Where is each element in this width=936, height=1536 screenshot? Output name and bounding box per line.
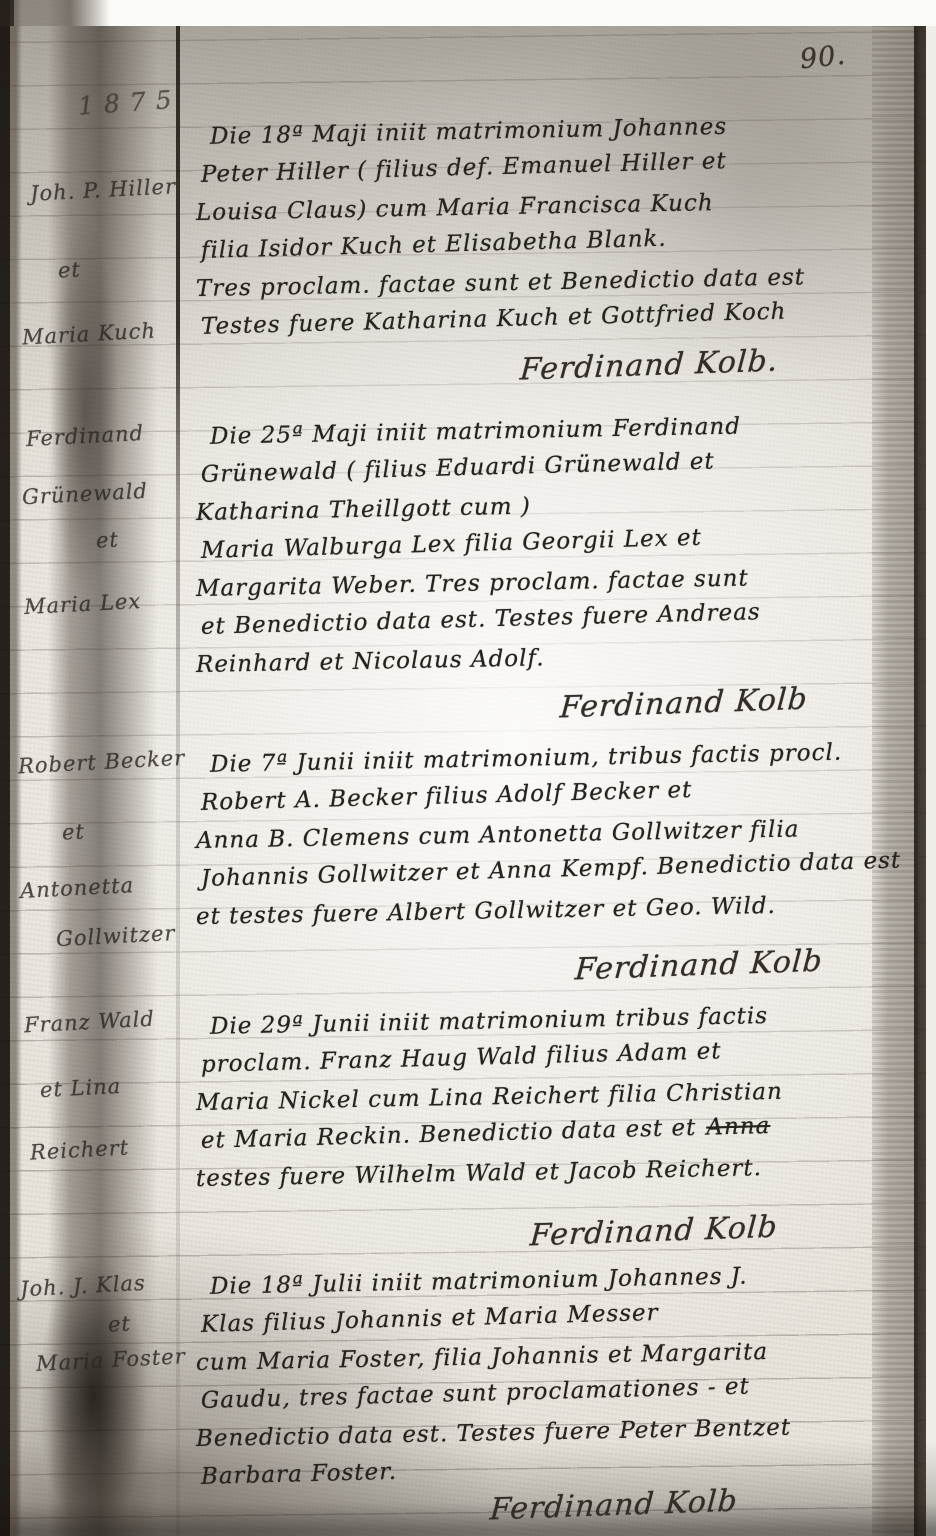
year-label: 1875 <box>77 84 182 120</box>
priest-signature: Ferdinand Kolb <box>489 1484 739 1528</box>
register-entry: Die 7ª Junii iniit matrimonium, tribus f… <box>196 746 896 936</box>
margin-et: et <box>61 819 85 844</box>
margin-et: et <box>107 1311 131 1336</box>
margin-name-groom: Ferdinand <box>25 421 144 451</box>
margin-name-bride: Antonetta <box>19 873 134 903</box>
margin-name-bride: Maria Lex <box>23 589 141 619</box>
margin-name-groom: Franz Wald <box>23 1007 155 1038</box>
margin-name-groom: Joh. J. Klas <box>19 1271 146 1302</box>
register-entry: Die 18ª Julii iniit matrimonium Johannes… <box>196 1268 896 1496</box>
margin-name-bride: Gollwitzer <box>55 921 176 951</box>
margin-name-bride: Maria Foster <box>35 1344 186 1376</box>
margin-name-groom: Joh. P. Hiller <box>29 174 176 206</box>
register-entry: Die 25ª Maji iniit matrimonium Ferdinand… <box>196 418 896 684</box>
register-page-scan: 1875 90. Joh. P. Hiller et Maria Kuch Di… <box>0 0 936 1536</box>
page-number: 90. <box>799 40 848 76</box>
priest-signature: Ferdinand Kolb <box>559 682 809 726</box>
register-entry: Die 18ª Maji iniit matrimonium Johannes … <box>196 118 896 346</box>
top-scan-strip <box>0 0 936 26</box>
scan-background <box>926 0 936 1536</box>
entry-text-segment: et Maria Reckin. Benedictio data est et <box>201 1115 697 1154</box>
margin-rule-line <box>176 26 180 1536</box>
priest-signature: Ferdinand Kolb <box>574 944 824 988</box>
register-entry: Die 29ª Junii iniit matrimonium tribus f… <box>196 1008 896 1198</box>
margin-name-bride: Reichert <box>29 1135 129 1164</box>
margin-name-groom: Robert Becker <box>17 746 185 779</box>
margin-et: et <box>95 527 119 552</box>
margin-et: et <box>57 257 81 282</box>
margin-name-groom: Grünewald <box>21 479 148 510</box>
margin-name-bride: Maria Kuch <box>21 319 156 350</box>
margin-et: et Lina <box>39 1074 121 1102</box>
priest-signature: Ferdinand Kolb. <box>519 343 780 387</box>
priest-signature: Ferdinand Kolb <box>529 1210 779 1254</box>
page-edge-line <box>914 0 926 1536</box>
struck-word: Anna <box>706 1113 771 1141</box>
